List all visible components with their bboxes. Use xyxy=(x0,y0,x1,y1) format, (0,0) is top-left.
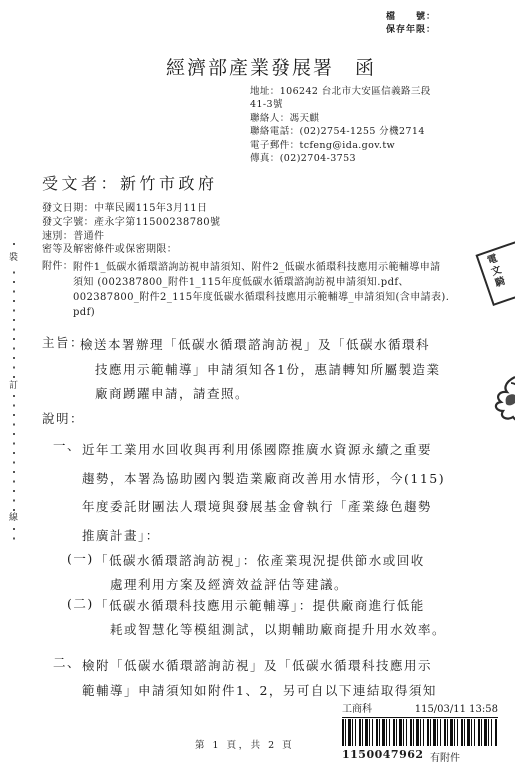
retention-period-label: 保存年限： xyxy=(386,24,436,37)
sub-item-1-line: 「低碳水循環諮詢訪視」：依產業現況提供節水或回收 xyxy=(95,549,425,573)
subject-paragraph: 主旨： 檢送本署辦理「低碳水循環諮詢訪視」及「低碳水循環科 技應用示範輔導」申請… xyxy=(42,333,440,407)
binding-mark-xian: 線 xyxy=(9,513,18,524)
subject-line: 檢送本署辦理「低碳水循環諮詢訪視」及「低碳水循環科 xyxy=(80,333,440,358)
recipient-line: 受文者：新竹市政府 xyxy=(42,171,218,194)
edge-stamp-text: 電文騎 xyxy=(481,252,507,291)
attachment-line: 002387800_附件2_115年度低碳水循環科技應用示範輔導_申請須知(含申… xyxy=(73,290,449,305)
sub-item-2-label: (二) xyxy=(67,594,95,641)
electronic-exchange-stamp: 電文騎 xyxy=(475,240,515,306)
item-2-line: 範輔導」申請須知如附件1、2，另可自以下連結取得須知 xyxy=(82,678,437,703)
sender-address-line-1: 地址：106242 台北市大安區信義路三段 xyxy=(250,85,431,98)
item-1-lines: 近年工業用水回收與再利用係國際推廣水資源永續之重要 趨勢，本署為協助國內製造業廠… xyxy=(82,436,445,550)
sub-item-1-line: 處理利用方案及經濟效益評估等建議。 xyxy=(95,573,425,597)
item-1-line: 年度委託財團法人環境與發展基金會執行「產業綠色趨勢 xyxy=(82,493,445,522)
issue-date-line: 發文日期：中華民國115年3月11日 xyxy=(42,202,449,216)
attachment-line: 附件1_低碳水循環諮詢訪視申請須知、附件2_低碳水循環科技應用示範輔導申請 xyxy=(73,260,449,275)
security-line: 密等及解密條件或保密期限： xyxy=(42,243,449,257)
subject-label: 主旨： xyxy=(42,333,80,407)
receipt-dept: 工商科 xyxy=(342,700,372,715)
subject-lines: 檢送本署辦理「低碳水循環諮詢訪視」及「低碳水循環科 技應用示範輔導」申請須知各1… xyxy=(80,333,440,407)
item-2-lines: 檢附「低碳水循環諮詢訪視」及「低碳水循環科技應用示 範輔導」申請須知如附件1、2… xyxy=(82,653,437,703)
subject-line: 技應用示範輔導」申請須知各1份，惠請轉知所屬製造業 xyxy=(80,358,440,383)
sender-fax: 傳真：(02)2704-3753 xyxy=(250,152,431,165)
description-heading: 說明： xyxy=(42,409,84,427)
item-2-label: 二、 xyxy=(53,653,82,703)
item-1-line: 推廣計畫」： xyxy=(82,522,445,551)
sender-address-line-2: 41-3號 xyxy=(250,98,431,111)
speed-line: 速別：普通件 xyxy=(42,230,449,244)
item-1-line: 趨勢，本署為協助國內製造業廠商改善用水情形，今(115) xyxy=(82,465,445,494)
sub-item-2-line: 耗或智慧化等模組測試，以期輔助廠商提升用水效率。 xyxy=(95,618,446,642)
doc-number-line: 發文字號：產永字第11500238780號 xyxy=(42,216,449,230)
sender-contact-person: 聯絡人：馮天麒 xyxy=(250,112,431,125)
subject-line: 廠商踴躍申請，請查照。 xyxy=(80,382,440,407)
attachment-row: 附件： 附件1_低碳水循環諮詢訪視申請須知、附件2_低碳水循環科技應用示範輔導申… xyxy=(42,260,449,320)
attachment-flag: 有附件 xyxy=(430,749,460,764)
sub-item-1-lines: 「低碳水循環諮詢訪視」：依產業現況提供節水或回收 處理利用方案及經濟效益評估等建… xyxy=(95,549,425,596)
binding-mark-ding: 訂 xyxy=(9,381,18,392)
receipt-datetime: 115/03/11 13:58 xyxy=(415,704,498,715)
binding-dashed-line xyxy=(13,243,15,545)
receipt-stamp-header: 工商科 115/03/11 13:58 xyxy=(342,701,498,718)
attachment-line: pdf) xyxy=(73,305,449,320)
receipt-stamp-box: 工商科 115/03/11 13:58 1150047962 有附件 xyxy=(342,701,498,762)
agency-title: 經濟部產業發展署 函 xyxy=(166,53,376,80)
official-letter-page: 檔 號： 保存年限： 經濟部產業發展署 函 地址：106242 台北市大安區信義… xyxy=(0,0,515,765)
seal-fragment-icon xyxy=(489,375,515,431)
description-sub-item-2: (二) 「低碳水循環科技應用示範輔導」：提供廠商進行低能 耗或智慧化等模組測試，… xyxy=(67,594,446,641)
item-1-label: 一、 xyxy=(53,436,82,550)
receipt-stamp-footer: 1150047962 有附件 xyxy=(342,748,498,762)
sender-contact-block: 地址：106242 台北市大安區信義路三段 41-3號 聯絡人：馮天麒 聯絡電話… xyxy=(250,85,431,165)
item-2-line: 檢附「低碳水循環諮詢訪視」及「低碳水循環科技應用示 xyxy=(82,653,437,678)
binding-mark-zhuang: 裝 xyxy=(9,253,18,264)
file-number-label: 檔 號： xyxy=(386,11,436,24)
sender-phone: 聯絡電話：(02)2754-1255 分機2714 xyxy=(250,125,431,138)
page-number: 第 1 頁，共 2 頁 xyxy=(195,737,294,751)
description-item-2: 二、 檢附「低碳水循環諮詢訪視」及「低碳水循環科技應用示 範輔導」申請須知如附件… xyxy=(53,653,437,703)
barcode xyxy=(342,719,498,746)
description-sub-item-1: (一) 「低碳水循環諮詢訪視」：依產業現況提供節水或回收 處理利用方案及經濟效益… xyxy=(67,549,425,596)
sender-email: 電子郵件：tcfeng@ida.gov.tw xyxy=(250,139,431,152)
sub-item-2-line: 「低碳水循環科技應用示範輔導」：提供廠商進行低能 xyxy=(95,594,446,618)
attachment-line: 須知 (002387800_附件1_115年度低碳水循環諮詢訪視申請須知.pdf… xyxy=(73,275,449,290)
sub-item-1-label: (一) xyxy=(67,549,95,596)
attachment-label: 附件： xyxy=(42,260,73,320)
file-meta-block: 檔 號： 保存年限： xyxy=(386,11,436,37)
sub-item-2-lines: 「低碳水循環科技應用示範輔導」：提供廠商進行低能 耗或智慧化等模組測試，以期輔助… xyxy=(95,594,446,641)
barcode-number: 1150047962 xyxy=(342,748,424,761)
attachment-lines: 附件1_低碳水循環諮詢訪視申請須知、附件2_低碳水循環科技應用示範輔導申請 須知… xyxy=(73,260,449,320)
item-1-line: 近年工業用水回收與再利用係國際推廣水資源永續之重要 xyxy=(82,436,445,465)
document-meta-block: 發文日期：中華民國115年3月11日 發文字號：產永字第11500238780號… xyxy=(42,202,449,320)
description-item-1: 一、 近年工業用水回收與再利用係國際推廣水資源永續之重要 趨勢，本署為協助國內製… xyxy=(53,436,445,550)
